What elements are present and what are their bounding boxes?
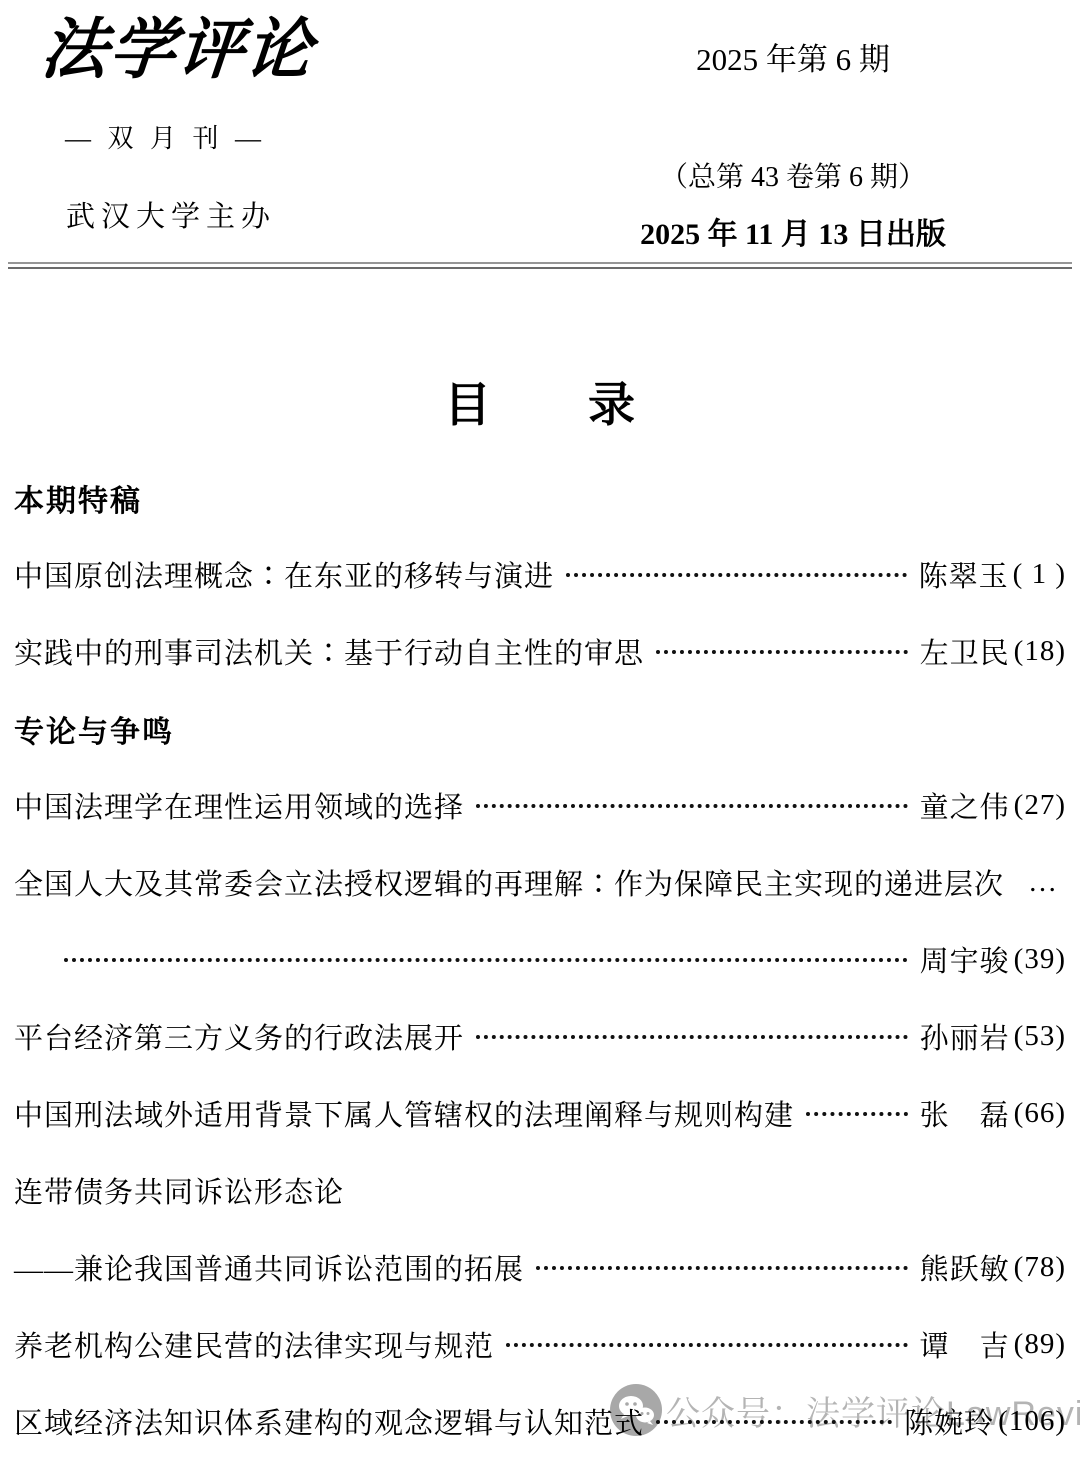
toc-entry: 平台经济第三方义务的行政法展开 孙丽岩 (53) bbox=[14, 998, 1066, 1075]
entry-author: 周宇骏 bbox=[920, 939, 1010, 980]
entry-author: 谭 吉 bbox=[920, 1324, 1010, 1365]
dot-leader bbox=[476, 1035, 908, 1039]
section-heading-debate: 专论与争鸣 bbox=[14, 690, 1066, 767]
dot-leader bbox=[536, 1266, 908, 1270]
journal-logo: 法学评论 bbox=[38, 0, 318, 91]
trailing-dots: … bbox=[1028, 866, 1066, 899]
entry-page: (27) bbox=[1014, 789, 1066, 822]
entry-page: ( 1 ) bbox=[1013, 558, 1066, 591]
dot-leader bbox=[476, 804, 908, 808]
entry-page: (66) bbox=[1014, 1097, 1066, 1130]
dot-leader bbox=[806, 1112, 908, 1116]
dot-leader bbox=[656, 650, 908, 654]
dot-leader bbox=[64, 958, 908, 962]
dot-leader bbox=[506, 1343, 908, 1347]
entry-page: (18) bbox=[1014, 635, 1066, 668]
toc-entry-line2: ——兼论我国普通共同诉讼范围的拓展 熊跃敏 (78) bbox=[14, 1229, 1066, 1306]
issue-number: 2025 年第 6 期 bbox=[618, 34, 968, 79]
header-divider bbox=[8, 262, 1072, 269]
journal-frequency: — 双 月 刊 — bbox=[58, 118, 273, 155]
entry-author: 熊跃敏 bbox=[920, 1247, 1010, 1288]
section-heading-special: 本期特稿 bbox=[14, 459, 1066, 536]
dot-leader bbox=[656, 1420, 892, 1424]
entry-page: (106) bbox=[998, 1405, 1066, 1438]
header-right: 2025 年第 6 期 （总第 43 卷第 6 期） 2025 年 11 月 1… bbox=[618, 0, 968, 253]
toc: 本期特稿 中国原创法理概念∶在东亚的移转与演进 陈翠玉 ( 1 ) 实践中的刑事… bbox=[14, 459, 1066, 1460]
entry-author: 张 磊 bbox=[920, 1093, 1010, 1134]
toc-entry-line1: 连带债务共同诉讼形态论 bbox=[14, 1152, 1066, 1229]
entry-author: 陈婉玲 bbox=[904, 1401, 994, 1442]
toc-entry: 中国法理学在理性运用领域的选择 童之伟 (27) bbox=[14, 767, 1066, 844]
entry-page: (89) bbox=[1014, 1328, 1066, 1361]
entry-title: 养老机构公建民营的法律实现与规范 bbox=[14, 1324, 494, 1365]
toc-entry: 养老机构公建民营的法律实现与规范 谭 吉 (89) bbox=[14, 1306, 1066, 1383]
volume-number: （总第 43 卷第 6 期） bbox=[618, 155, 968, 195]
entry-title: 中国刑法域外适用背景下属人管辖权的法理阐释与规则构建 bbox=[14, 1093, 794, 1134]
journal-toc-page: 公众号：法学评论LawReview 法学评论 — 双 月 刊 — 武汉大学主办 … bbox=[0, 0, 1080, 1469]
entry-title: 平台经济第三方义务的行政法展开 bbox=[14, 1016, 464, 1057]
entry-title: 区域经济法知识体系建构的观念逻辑与认知范式 bbox=[14, 1401, 644, 1442]
entry-page: (53) bbox=[1014, 1020, 1066, 1053]
entry-title: 中国法理学在理性运用领域的选择 bbox=[14, 785, 464, 826]
entry-author: 童之伟 bbox=[920, 785, 1010, 826]
toc-entry: 实践中的刑事司法机关∶基于行动自主性的审思 左卫民 (18) bbox=[14, 613, 1066, 690]
journal-organizer: 武汉大学主办 bbox=[66, 194, 276, 235]
entry-title: 连带债务共同诉讼形态论 bbox=[14, 1170, 344, 1211]
entry-subtitle: ——兼论我国普通共同诉讼范围的拓展 bbox=[14, 1247, 524, 1288]
entry-page: (78) bbox=[1014, 1251, 1066, 1284]
dot-leader bbox=[566, 573, 907, 577]
entry-page: (39) bbox=[1014, 943, 1066, 976]
entry-title: 全国人大及其常委会立法授权逻辑的再理解∶作为保障民主实现的递进层次 bbox=[14, 862, 1004, 903]
entry-title: 中国原创法理概念∶在东亚的移转与演进 bbox=[14, 554, 554, 595]
toc-entry: 中国刑法域外适用背景下属人管辖权的法理阐释与规则构建 张 磊 (66) bbox=[14, 1075, 1066, 1152]
toc-entry: 中国原创法理概念∶在东亚的移转与演进 陈翠玉 ( 1 ) bbox=[14, 536, 1066, 613]
toc-entry: 区域经济法知识体系建构的观念逻辑与认知范式 陈婉玲 (106) bbox=[14, 1383, 1066, 1460]
toc-entry-line1: 全国人大及其常委会立法授权逻辑的再理解∶作为保障民主实现的递进层次 … bbox=[14, 844, 1066, 921]
toc-title: 目 录 bbox=[0, 368, 1080, 435]
publish-date: 2025 年 11 月 13 日出版 bbox=[618, 209, 968, 253]
entry-author: 陈翠玉 bbox=[919, 554, 1009, 595]
toc-entry-line2: 周宇骏 (39) bbox=[14, 921, 1066, 998]
entry-title: 实践中的刑事司法机关∶基于行动自主性的审思 bbox=[14, 631, 644, 672]
entry-author: 孙丽岩 bbox=[920, 1016, 1010, 1057]
entry-author: 左卫民 bbox=[920, 631, 1010, 672]
